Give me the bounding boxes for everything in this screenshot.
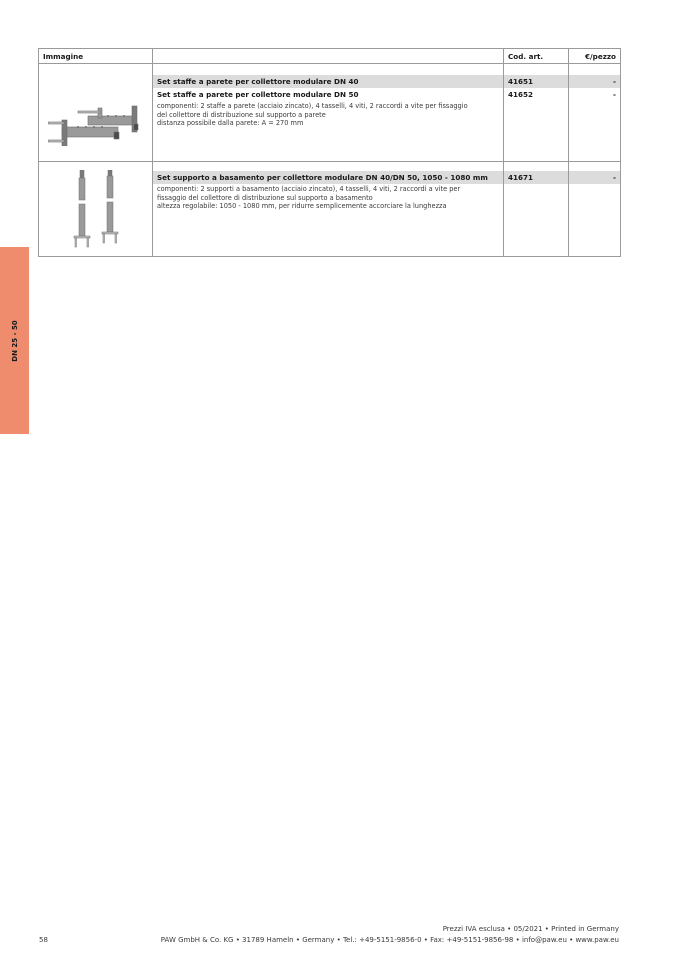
product-description: componenti: 2 staffe a parete (acciaio z… [153,101,503,128]
page-number: 58 [39,936,48,944]
description-cell: Set supporto a basamento per collettore … [153,162,504,257]
header-code: Cod. art. [504,49,569,64]
code-cell: 41671 [504,162,569,257]
product-description: componenti: 2 supporti a basamento (acci… [153,184,503,211]
article-code: 41671 [504,171,568,184]
footer-price-note: Prezzi IVA esclusa • 05/2021 • Printed i… [443,925,619,933]
unit-price: - [569,88,620,101]
product-title: Set supporto a basamento per collettore … [153,171,503,184]
table-header-row: Immagine Cod. art. €/pezzo [39,49,621,64]
product-title: Set staffe a parete per collettore modul… [153,88,503,101]
product-title: Set staffe a parete per collettore modul… [153,75,503,88]
table-row: Set supporto a basamento per collettore … [39,162,621,257]
product-table: Immagine Cod. art. €/pezzo [38,48,621,257]
price-cell: - [569,162,621,257]
header-price: €/pezzo [569,49,621,64]
table-row: Set staffe a parete per collettore modul… [39,64,621,162]
unit-price: - [569,171,620,184]
price-cell: - - [569,64,621,162]
header-image: Immagine [39,49,153,64]
article-code: 41651 [504,75,568,88]
floor-stand-set-image [68,170,124,250]
section-label: DN 25 - 50 [11,320,19,361]
description-cell: Set staffe a parete per collettore modul… [153,64,504,162]
article-code: 41652 [504,88,568,101]
footer-company-info: PAW GmbH & Co. KG • 31789 Hameln • Germa… [161,936,619,944]
unit-price: - [569,75,620,88]
image-cell [39,162,153,257]
header-description [153,49,504,64]
wall-bracket-set-image [48,102,144,146]
image-cell [39,64,153,162]
section-side-tab: DN 25 - 50 [0,247,29,434]
code-cell: 41651 41652 [504,64,569,162]
